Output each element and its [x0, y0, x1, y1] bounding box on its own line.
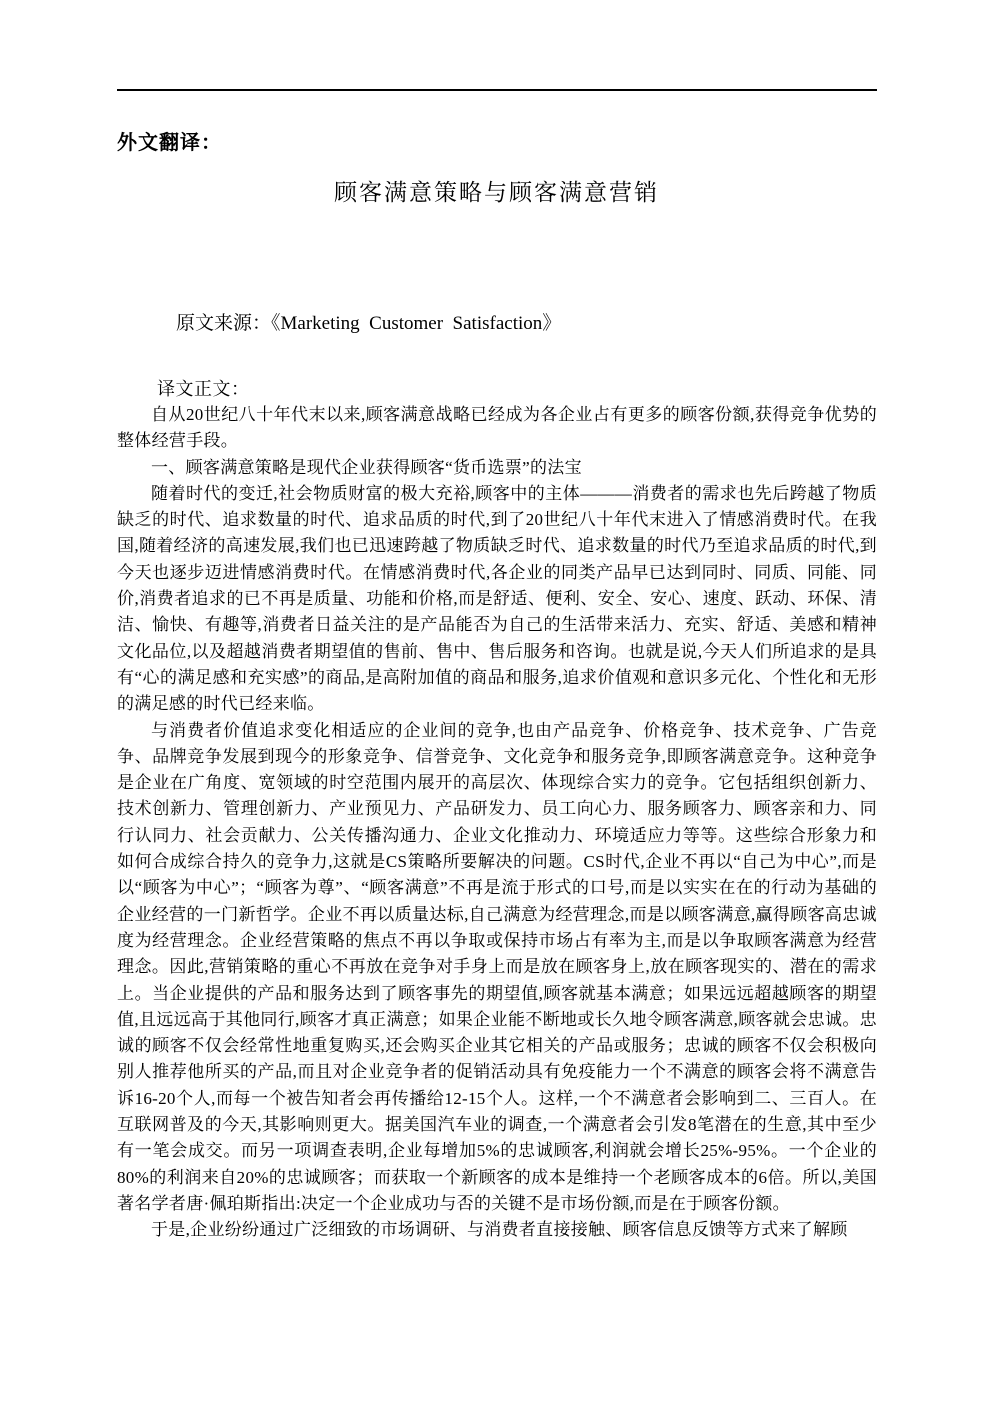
source-work-title: 《Marketing Customer Satisfaction》	[271, 313, 561, 334]
translation-body: 自从20世纪八十年代末以来,顾客满意战略已经成为各企业占有更多的顾客份额,获得竞…	[117, 402, 877, 1244]
paragraph-section-heading: 一、顾客满意策略是现代企业获得顾客“货币选票”的法宝	[117, 455, 877, 481]
paragraph-intro: 自从20世纪八十年代末以来,顾客满意战略已经成为各企业占有更多的顾客份额,获得竞…	[117, 402, 877, 455]
paragraph-research: 于是,企业纷纷通过广泛细致的市场调研、与消费者直接接触、顾客信息反馈等方式来了解…	[117, 1217, 877, 1243]
source-label: 原文来源：	[176, 313, 271, 334]
paragraph-era-change: 随着时代的变迁,社会物质财富的极大充裕,顾客中的主体———消费者的需求也先后跨越…	[117, 481, 877, 718]
paragraph-competition: 与消费者价值追求变化相适应的企业间的竞争,也由产品竞争、价格竞争、技术竞争、广告…	[117, 718, 877, 1218]
document-page: 外文翻译： 顾客满意策略与顾客满意营销 原文来源：《Marketing Cust…	[0, 0, 993, 1404]
source-line: 原文来源：《Marketing Customer Satisfaction》	[157, 288, 561, 360]
header-rule	[117, 89, 877, 91]
translation-body-label: 译文正文：	[157, 377, 250, 401]
doc-type-label: 外文翻译：	[117, 131, 222, 155]
doc-title: 顾客满意策略与顾客满意营销	[0, 179, 993, 207]
